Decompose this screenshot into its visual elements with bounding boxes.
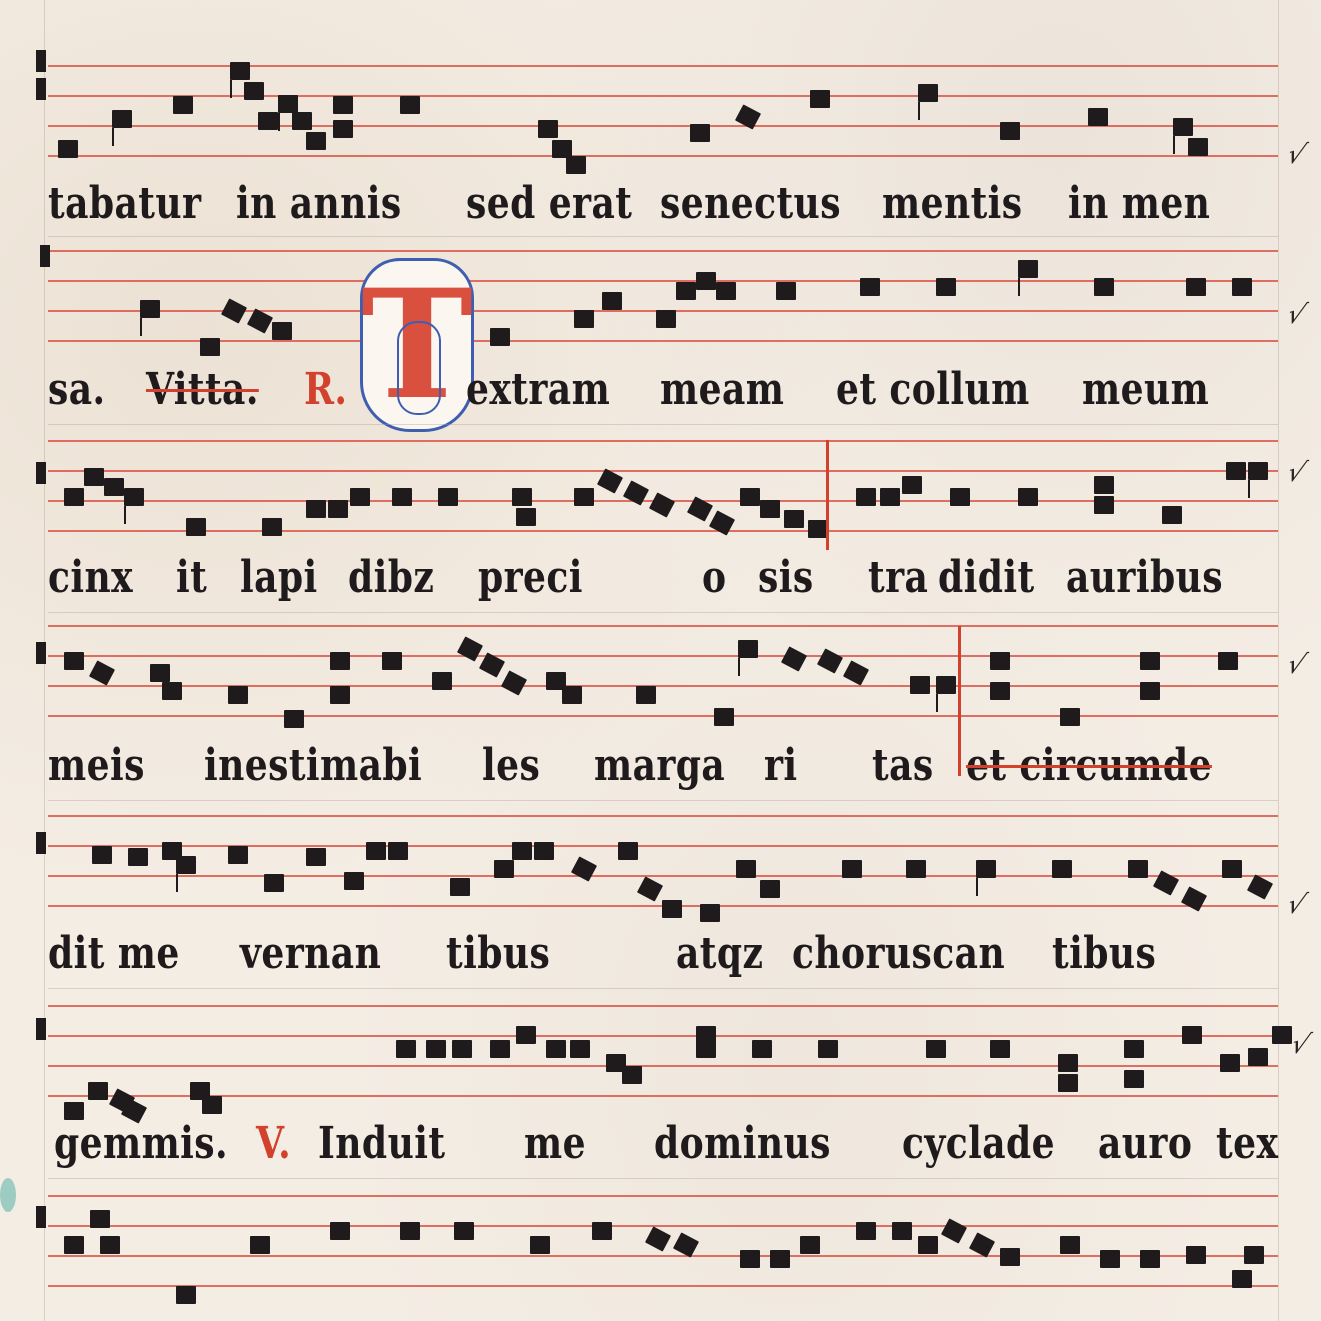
neume-note — [344, 872, 364, 890]
custos-icon: √ — [1283, 650, 1310, 680]
text-guide — [48, 612, 1278, 613]
lyric-word: tra — [868, 552, 928, 603]
neume-note — [58, 140, 78, 158]
neume-note — [176, 856, 196, 874]
neume-note — [856, 488, 876, 506]
lyric-word: auribus — [1066, 552, 1223, 603]
pigment-stain — [0, 1178, 16, 1212]
neume-note — [490, 1040, 510, 1058]
neume-note — [262, 518, 282, 536]
manuscript-page: √ tabatur in annis sed erat senectus men… — [0, 0, 1321, 1321]
lyric-word: et collum — [836, 364, 1030, 415]
neume-note — [902, 476, 922, 494]
lyric-word: auro — [1098, 1118, 1192, 1169]
neume-note — [328, 500, 348, 518]
lyric-word: tas — [872, 740, 934, 791]
neume-note — [936, 278, 956, 296]
neume-note — [602, 292, 622, 310]
neume-note — [910, 676, 930, 694]
neume-note — [333, 120, 353, 138]
neume-note — [662, 900, 682, 918]
lyric-line-4: meis inestimabi les marga ri tas et circ… — [48, 740, 1278, 800]
neume-note — [426, 1040, 446, 1058]
lyric-word: lapi — [240, 552, 318, 603]
neume-note — [228, 686, 248, 704]
neume-note — [64, 1236, 84, 1254]
neume-note — [574, 488, 594, 506]
lyric-line-6: gemmis. V. Induit me dominus cyclade aur… — [48, 1118, 1278, 1178]
neume-note — [1248, 1048, 1268, 1066]
lyric-word: mentis — [882, 178, 1023, 229]
neume-note — [562, 686, 582, 704]
neume-note — [64, 488, 84, 506]
neume-note — [1000, 1248, 1020, 1266]
text-guide — [48, 1178, 1278, 1179]
lyric-word: marga — [594, 740, 725, 791]
neume-note — [272, 322, 292, 340]
clef-icon — [36, 642, 46, 664]
neume-note — [860, 278, 880, 296]
neume-note — [740, 1250, 760, 1268]
neume-note — [842, 860, 862, 878]
neume-note — [200, 338, 220, 356]
neume-note — [228, 846, 248, 864]
neume-note — [1060, 1236, 1080, 1254]
lyric-word: preci — [478, 552, 583, 603]
neume-note — [716, 282, 736, 300]
neume-note — [1162, 506, 1182, 524]
neume-note — [112, 110, 132, 128]
neume-note — [1128, 860, 1148, 878]
neume-note — [1094, 278, 1114, 296]
neume-note — [512, 842, 532, 860]
lyric-word: dominus — [654, 1118, 831, 1169]
lyric-word: sis — [758, 552, 814, 603]
neume-note — [1244, 1246, 1264, 1264]
neume-note — [700, 904, 720, 922]
lyric-word: Induit — [318, 1118, 445, 1169]
neume-note — [1100, 1250, 1120, 1268]
neume-note — [696, 1040, 716, 1058]
neume-note — [516, 1026, 536, 1044]
neume-note — [306, 848, 326, 866]
neume-note — [570, 1040, 590, 1058]
neume-note — [926, 1040, 946, 1058]
lyric-word: sa. — [48, 364, 105, 415]
lyric-word: dit me — [48, 928, 180, 979]
lyric-word: in annis — [236, 178, 402, 229]
lyric-word: tibus — [1052, 928, 1156, 979]
neume-note — [264, 874, 284, 892]
neume-note — [104, 478, 124, 496]
lyric-word: tex — [1216, 1118, 1278, 1169]
lyric-line-2: sa. Vitta. R. extram meam et collum meum — [48, 364, 1278, 424]
neume-note — [1218, 652, 1238, 670]
neume-note — [512, 488, 532, 506]
neume-note — [396, 1040, 416, 1058]
neume-note — [760, 880, 780, 898]
neume-note — [90, 1210, 110, 1228]
lyric-word: meis — [48, 740, 145, 791]
custos-icon: √ — [1283, 458, 1310, 488]
neume-note — [784, 510, 804, 528]
clef-icon — [36, 78, 46, 100]
lyric-word: extram — [466, 364, 610, 415]
lyric-word: inestimabi — [204, 740, 422, 791]
neume-note — [1124, 1040, 1144, 1058]
lyric-word: meum — [1082, 364, 1209, 415]
neume-note — [592, 1222, 612, 1240]
neume-note — [1124, 1070, 1144, 1088]
neume-note — [736, 860, 756, 878]
neume-note — [810, 90, 830, 108]
neume-note — [124, 488, 144, 506]
neume-note — [990, 1040, 1010, 1058]
neume-note — [173, 96, 193, 114]
text-guide — [48, 800, 1278, 801]
neume-note — [1094, 476, 1114, 494]
neume-note — [382, 652, 402, 670]
neume-note — [566, 156, 586, 174]
neume-note — [690, 124, 710, 142]
neume-note — [976, 860, 996, 878]
neume-note — [244, 82, 264, 100]
lyric-word: gemmis. — [54, 1118, 228, 1169]
lyric-word: senectus — [660, 178, 841, 229]
neume-note — [432, 672, 452, 690]
neume-note — [676, 282, 696, 300]
neume-note — [760, 500, 780, 518]
clef-icon — [36, 1018, 46, 1040]
neume-note — [808, 520, 828, 538]
neume-note — [100, 1236, 120, 1254]
lyric-word: dibz — [348, 552, 434, 603]
neume-note — [892, 1222, 912, 1240]
lyric-word: me — [524, 1118, 586, 1169]
lyric-line-3: cinx it lapi dibz preci o sis tra didit … — [48, 552, 1278, 612]
clef-icon — [36, 1206, 46, 1228]
neume-note — [1186, 1246, 1206, 1264]
neume-note — [752, 1040, 772, 1058]
custos-icon: √ — [1283, 890, 1310, 920]
neume-note — [714, 708, 734, 726]
custos-icon: √ — [1283, 300, 1310, 330]
neume-note — [494, 860, 514, 878]
neume-note — [176, 1286, 196, 1304]
neume-note — [450, 878, 470, 896]
lyric-word-struck: Vitta. — [146, 364, 259, 415]
neume-note — [1000, 122, 1020, 140]
neume-note — [1140, 1250, 1160, 1268]
neume-note — [350, 488, 370, 506]
neume-note — [936, 676, 956, 694]
text-guide — [48, 236, 1278, 237]
neume-note — [990, 652, 1010, 670]
staff-6 — [48, 1005, 1278, 1097]
neume-note — [438, 488, 458, 506]
neume-note — [574, 310, 594, 328]
verse-mark: V. — [256, 1118, 291, 1169]
neume-note — [1173, 118, 1193, 136]
neume-note — [84, 468, 104, 486]
neume-note — [306, 500, 326, 518]
neume-note — [92, 846, 112, 864]
neume-note — [1182, 1026, 1202, 1044]
neume-note — [330, 1222, 350, 1240]
lyric-word: didit — [938, 552, 1035, 603]
neume-note — [366, 842, 386, 860]
custos-icon: √ — [1283, 140, 1310, 170]
neume-note — [1226, 462, 1246, 480]
neume-note — [738, 640, 758, 658]
neume-note — [388, 842, 408, 860]
neume-note — [140, 300, 160, 318]
neume-note — [128, 848, 148, 866]
neume-note — [1232, 1270, 1252, 1288]
neume-note — [1058, 1074, 1078, 1092]
neume-note — [530, 1236, 550, 1254]
clef-icon — [36, 832, 46, 854]
staff-2 — [48, 250, 1278, 342]
lyric-word: choruscan — [792, 928, 1005, 979]
clef-icon — [40, 245, 50, 267]
lyric-word: o — [702, 552, 726, 603]
clef-icon — [36, 50, 46, 72]
neume-note — [292, 112, 312, 130]
neume-note — [880, 488, 900, 506]
neume-note — [1220, 1054, 1240, 1072]
neume-note — [1018, 260, 1038, 278]
text-guide — [48, 424, 1278, 425]
neume-note — [918, 1236, 938, 1254]
neume-note — [333, 96, 353, 114]
neume-note — [636, 686, 656, 704]
neume-note — [250, 1236, 270, 1254]
lyric-word: in men — [1068, 178, 1210, 229]
neume-note — [622, 1066, 642, 1084]
neume-note — [856, 1222, 876, 1240]
neume-note — [64, 652, 84, 670]
neume-note — [330, 686, 350, 704]
neume-note — [202, 1096, 222, 1114]
neume-note — [400, 96, 420, 114]
neume-note — [186, 518, 206, 536]
neume-note — [278, 95, 298, 113]
neume-note — [950, 488, 970, 506]
lyric-word: meam — [660, 364, 784, 415]
lyric-word: atqz — [676, 928, 763, 979]
neume-note — [490, 328, 510, 346]
neume-note — [392, 488, 412, 506]
neume-note — [88, 1082, 108, 1100]
neume-note — [1094, 496, 1114, 514]
neume-note — [800, 1236, 820, 1254]
neume-note — [330, 652, 350, 670]
text-guide — [48, 988, 1278, 989]
neume-note — [1018, 488, 1038, 506]
neume-note — [1248, 462, 1268, 480]
neume-note — [400, 1222, 420, 1240]
lyric-word: les — [482, 740, 540, 791]
neume-note — [696, 272, 716, 290]
division-bar — [826, 440, 829, 550]
neume-note — [306, 132, 326, 150]
neume-note — [1222, 860, 1242, 878]
lyric-word: ri — [764, 740, 798, 791]
neume-note — [150, 664, 170, 682]
neume-note — [906, 860, 926, 878]
clef-icon — [36, 462, 46, 484]
neume-note — [452, 1040, 472, 1058]
neume-note — [538, 120, 558, 138]
neume-note — [454, 1222, 474, 1240]
neume-note — [818, 1040, 838, 1058]
neume-note — [162, 682, 182, 700]
neume-note — [1186, 278, 1206, 296]
lyric-word-struck: et circumde — [966, 740, 1212, 791]
neume-note — [1140, 682, 1160, 700]
lyric-line-1: tabatur in annis sed erat senectus menti… — [48, 178, 1278, 238]
neume-note — [656, 310, 676, 328]
lyric-word: it — [176, 552, 207, 603]
neume-note — [770, 1250, 790, 1268]
neume-note — [1140, 652, 1160, 670]
lyric-word: cyclade — [902, 1118, 1055, 1169]
lyric-word: tibus — [446, 928, 550, 979]
lyric-word: vernan — [240, 928, 381, 979]
neume-note — [1088, 108, 1108, 126]
neume-note — [1188, 138, 1208, 156]
neume-note — [230, 62, 250, 80]
neume-note — [1058, 1054, 1078, 1072]
neume-note — [284, 710, 304, 728]
neume-note — [776, 282, 796, 300]
neume-note — [534, 842, 554, 860]
lyric-word: tabatur — [48, 178, 201, 229]
lyric-word: cinx — [48, 552, 133, 603]
responsory-mark: R. — [304, 364, 347, 415]
neume-note — [740, 488, 760, 506]
lyric-line-5: dit me vernan tibus atqz choruscan tibus — [48, 928, 1278, 988]
neume-note — [516, 508, 536, 526]
neume-note — [618, 842, 638, 860]
neume-note — [1052, 860, 1072, 878]
neume-note — [918, 84, 938, 102]
lyric-word: sed erat — [466, 178, 632, 229]
neume-note — [1272, 1026, 1292, 1044]
neume-note — [1232, 278, 1252, 296]
neume-note — [546, 1040, 566, 1058]
neume-note — [990, 682, 1010, 700]
neume-note — [258, 112, 278, 130]
neume-note — [1060, 708, 1080, 726]
